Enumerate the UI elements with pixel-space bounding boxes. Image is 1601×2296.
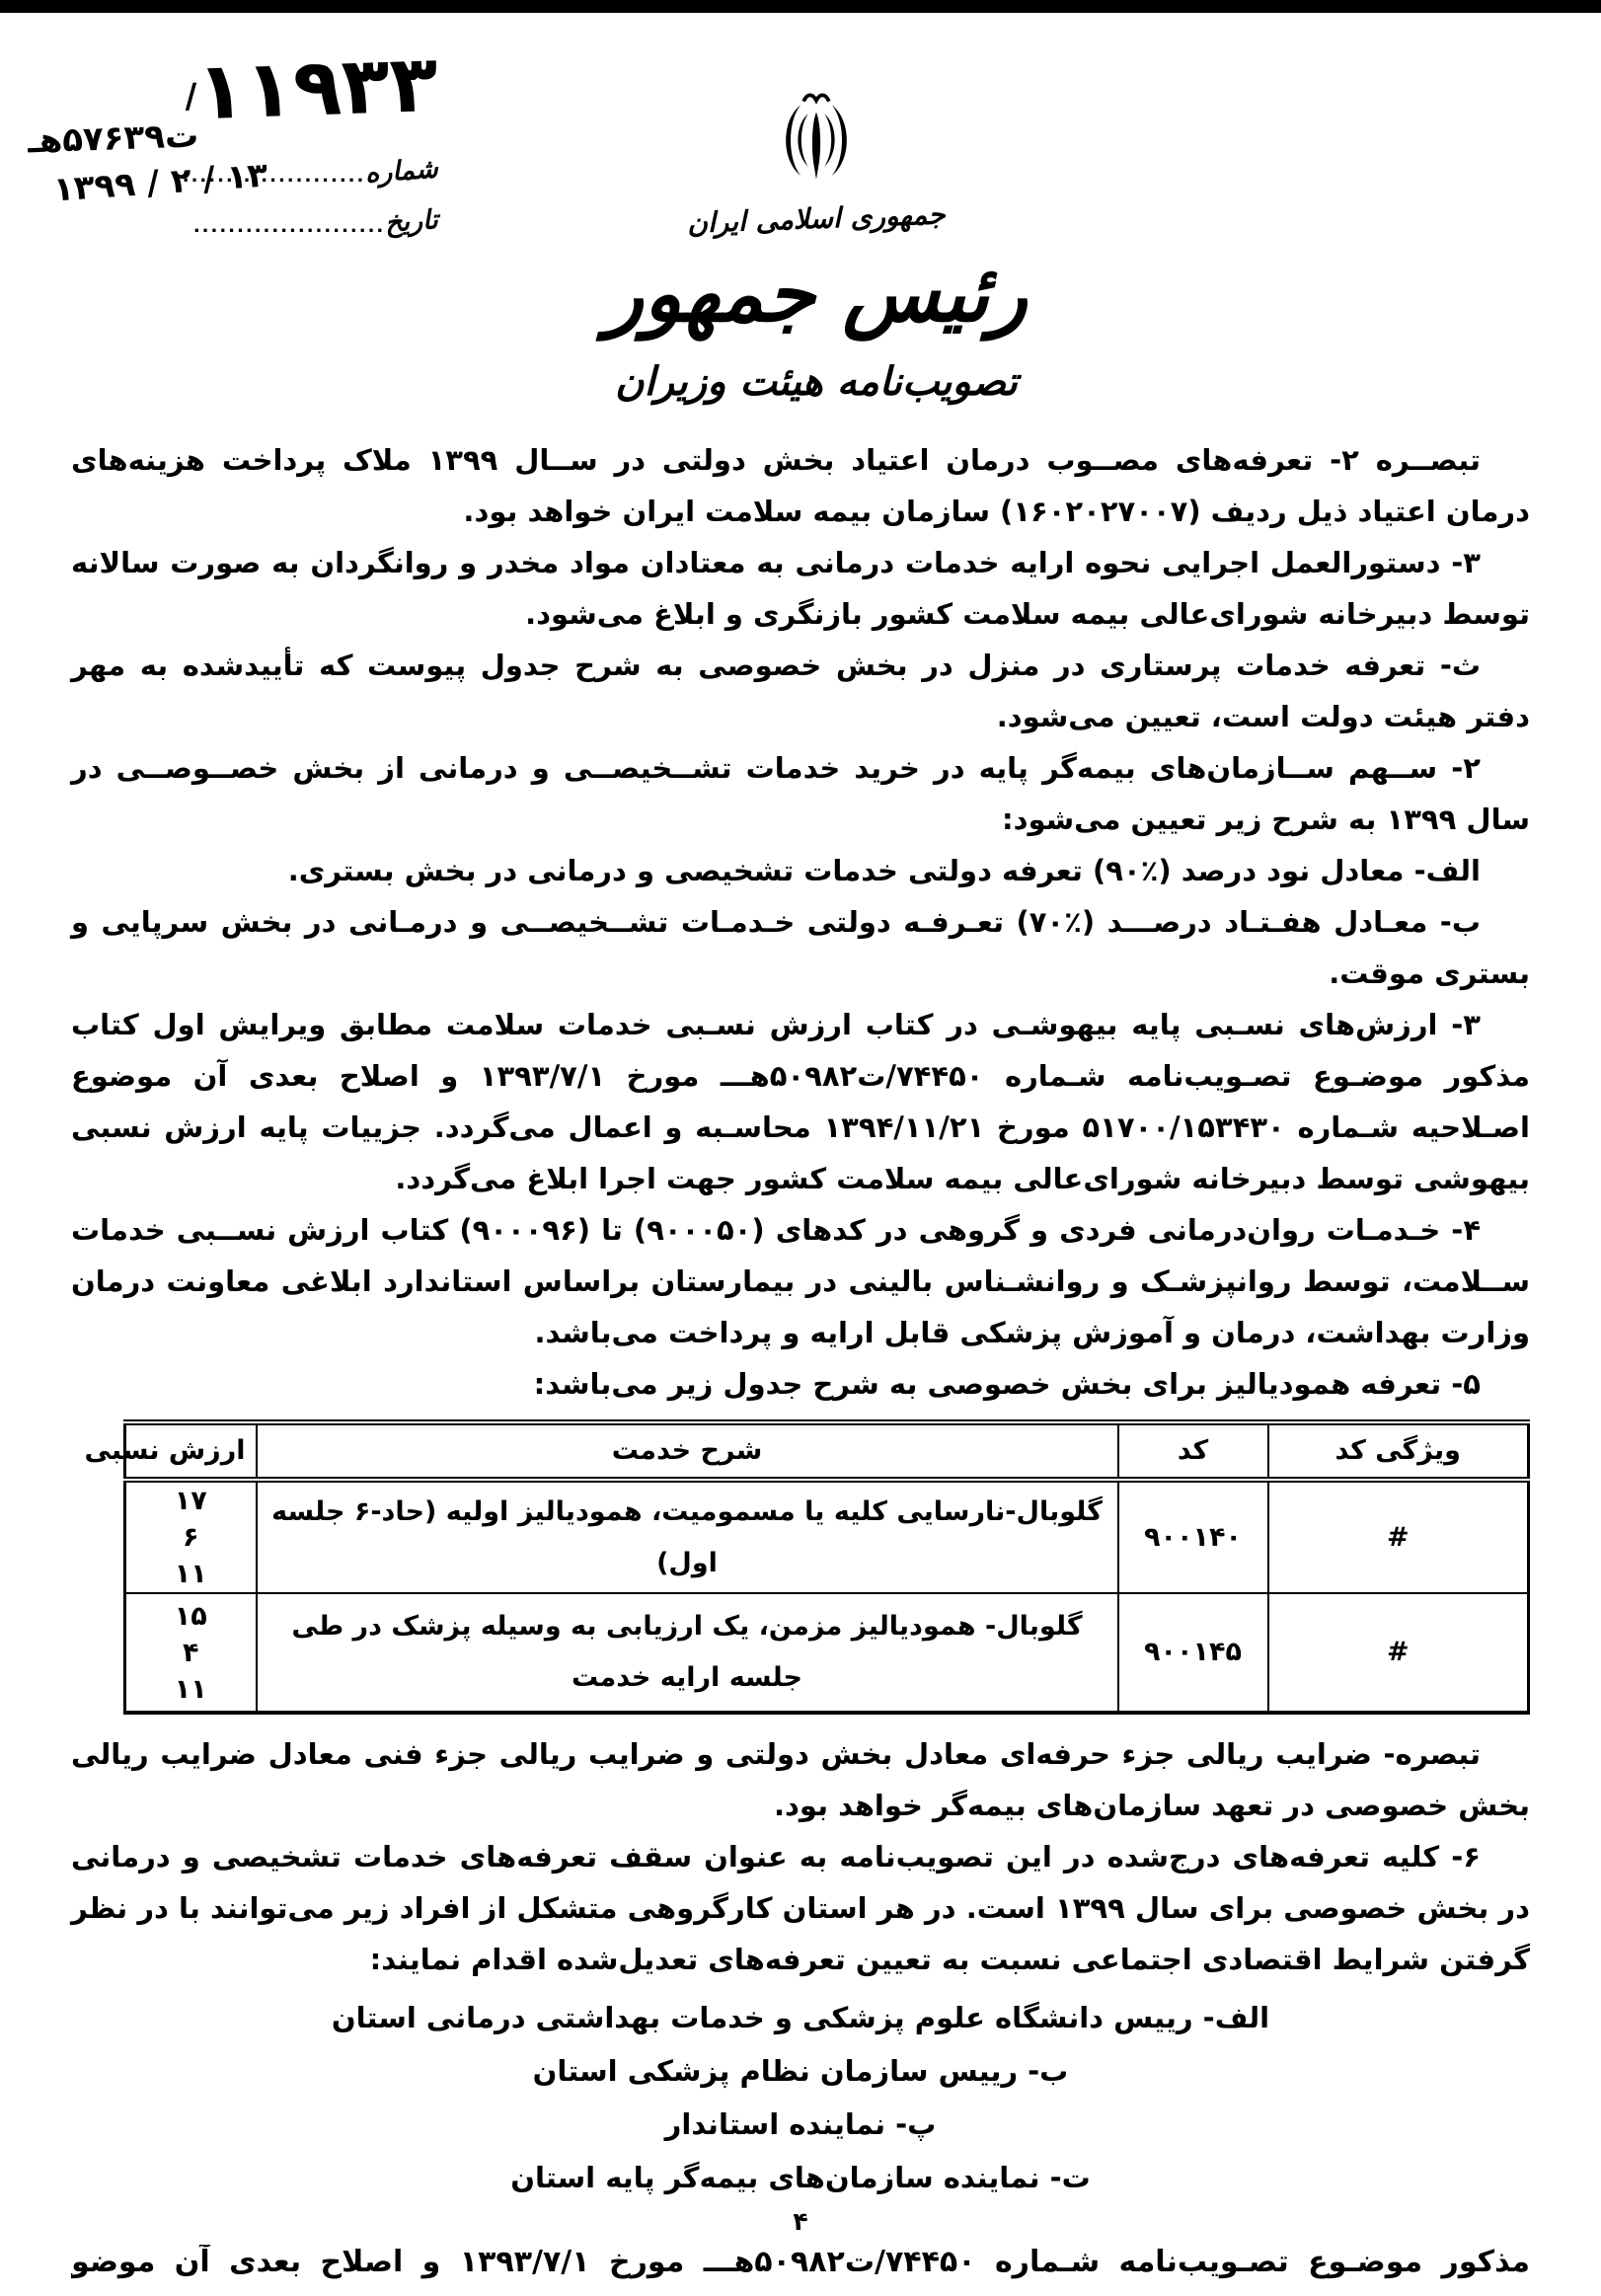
paragraph-b-70-percent: ب- معـادل هفـتـاد درصـــد (٪۷۰) تعـرفـه …	[71, 896, 1530, 999]
iran-emblem-icon	[771, 180, 862, 198]
relative-value: ۱۱	[136, 1671, 246, 1708]
paragraph-note-coefficients: تبصره- ضرایب ریالی جزء حرفه‌ای معادل بخش…	[71, 1728, 1530, 1831]
cell-service-desc: گلوبال-نارسایی کلیه یا مسمومیت، همودیالی…	[257, 1480, 1118, 1593]
cell-code: ۹۰۰۱۴۰	[1118, 1480, 1268, 1593]
paragraph-3-addiction: ۳- دستورالعمل اجرایی نحوه ارایه خدمات در…	[71, 537, 1530, 640]
paragraph-5-hemodialysis: ۵- تعرفه همودیالیز برای بخش خصوصی به شرح…	[71, 1358, 1530, 1410]
relative-value: ۱۵	[136, 1598, 246, 1635]
table-row: # ۹۰۰۱۴۵ گلوبال- همودیالیز مزمن، یک ارزی…	[125, 1593, 1529, 1713]
paragraph-th-nursing: ث- تعرفه خدمات پرستاری در منزل در بخش خص…	[71, 640, 1530, 742]
paragraph-note2: تبصــره ۲- تعرفه‌های مصــوب درمان اعتیاد…	[71, 434, 1530, 537]
page-number: ۴	[0, 2207, 1601, 2236]
paragraph-4-psychotherapy: ۴- خـدمـات روان‌درمانی فردی و گروهی در ک…	[71, 1204, 1530, 1358]
col-header-code-feature: ویژگی کد	[1268, 1422, 1529, 1480]
col-header-service-desc: شرح خدمت	[257, 1422, 1118, 1480]
cell-relative-values: ۱۷ ۶ ۱۱	[125, 1480, 257, 1593]
col-header-code: کد	[1118, 1422, 1268, 1480]
footer-catchline: مذکور موضـوع تصـویب‌نامه شـماره ۷۴۴۵۰/ت۵…	[71, 2245, 1530, 2279]
cell-code: ۹۰۰۱۴۵	[1118, 1593, 1268, 1713]
relative-value: ۶	[136, 1519, 246, 1556]
cell-service-desc: گلوبال- همودیالیز مزمن، یک ارزیابی به وس…	[257, 1593, 1118, 1713]
paragraph-6-ceiling: ۶- کلیه تعرفه‌های درج‌شده در این تصویب‌ن…	[71, 1831, 1530, 1985]
relative-value: ۱۱	[136, 1556, 246, 1592]
relative-value: ۱۷	[136, 1483, 246, 1519]
hemodialysis-tariff-table: ویژگی کد کد شرح خدمت ارزش نسبی # ۹۰۰۱۴۰ …	[123, 1419, 1530, 1715]
scan-top-edge-artifact	[0, 0, 1601, 13]
table-header-row: ویژگی کد کد شرح خدمت ارزش نسبی	[125, 1422, 1529, 1480]
table-row: # ۹۰۰۱۴۰ گلوبال-نارسایی کلیه یا مسمومیت،…	[125, 1480, 1529, 1593]
paragraph-alef-90-percent: الف- معادل نود درصد (٪۹۰) تعرفه دولتی خد…	[71, 845, 1530, 896]
col-header-relative-value: ارزش نسبی	[125, 1422, 257, 1480]
paragraph-2-insurers-share: ۲- ســهم ســازمان‌های بیمه‌گر پایه در خر…	[71, 742, 1530, 845]
document-body: تبصــره ۲- تعرفه‌های مصــوب درمان اعتیاد…	[71, 434, 1530, 2204]
president-title: رئیس جمهور	[16, 239, 1601, 349]
document-page: ۱۱۹۳۳ /ت۵۷۶۳۹هـ شماره ..................…	[0, 0, 1601, 2296]
workgroup-member-p: پ- نماینده استاندار	[71, 2098, 1530, 2151]
workgroup-member-alef: الف- رییس دانشگاه علوم پزشکی و خدمات بهد…	[71, 1991, 1530, 2044]
cell-relative-values: ۱۵ ۴ ۱۱	[125, 1593, 257, 1713]
doc-type-title: تصویب‌نامه هیئت وزیران	[16, 359, 1601, 405]
relative-value: ۴	[136, 1635, 246, 1671]
cell-feature: #	[1268, 1593, 1529, 1713]
workgroup-member-t: ت- نماینده سازمان‌های بیمه‌گر پایه استان	[71, 2151, 1530, 2204]
cell-feature: #	[1268, 1480, 1529, 1593]
paragraph-3-anesthesia: ۳- ارزش‌های نسـبی پایه بیهوشـی در کتاب ا…	[71, 999, 1530, 1204]
workgroup-member-b: ب- رییس سازمان نظام پزشکی استان	[71, 2044, 1530, 2098]
